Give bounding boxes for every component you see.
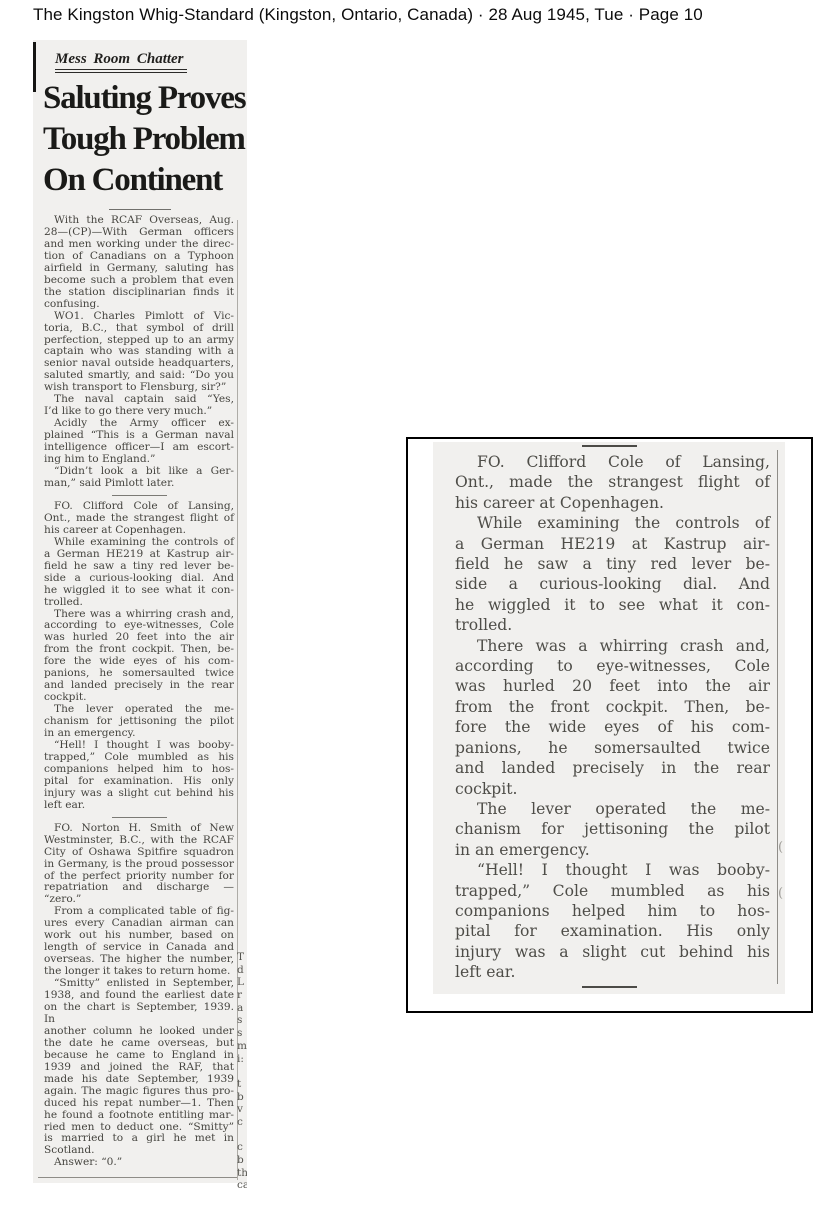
article-body: With the RCAF Overseas, Aug.28—(CP)—With… — [44, 215, 234, 1169]
text-line: a German HE219 at Kastrup air- — [44, 549, 234, 561]
text-line: field he saw a tiny red lever be- — [44, 561, 234, 573]
text-line: injury was a slight cut behind his — [455, 942, 770, 962]
text-line: Answer: “0.” — [44, 1157, 234, 1169]
zoom-article-body: FO. Clifford Cole of Lansing,Ont., made … — [455, 452, 770, 983]
section-divider — [582, 445, 637, 447]
section-divider — [112, 817, 167, 818]
column-fragment-text: th — [237, 1167, 247, 1180]
text-line: 1939 and joined the RAF, that — [44, 1062, 234, 1074]
text-line: WO1. Charles Pimlott of Vic- — [44, 311, 234, 323]
text-line: panions, he somersaulted twice — [455, 738, 770, 758]
text-line: FO. Norton H. Smith of New — [44, 823, 234, 835]
bottom-rule — [38, 1177, 238, 1178]
text-line: The lever operated the me- — [455, 799, 770, 819]
clipping-source-header: The Kingston Whig-Standard (Kingston, On… — [33, 5, 703, 25]
column-fragment-text — [237, 1129, 247, 1142]
text-line: chanism for jettisoning the pilot — [455, 819, 770, 839]
text-line: trapped,” Cole mumbled as his — [455, 881, 770, 901]
column-fragment-text: ( — [778, 840, 785, 855]
text-line: injury was a slight cut behind his — [44, 788, 234, 800]
column-fragment-text: i: — [237, 1053, 247, 1066]
column-fragment-text: v — [237, 1103, 247, 1116]
text-line: There was a whirring crash and, — [455, 636, 770, 656]
adjacent-column-fragments: TdLrassmi: tbvc cbthca — [237, 951, 247, 1192]
column-fragment-text: d — [237, 964, 247, 977]
column-fragment-text: c — [237, 1141, 247, 1154]
column-fragment-text — [237, 1065, 247, 1078]
text-line: trolled. — [455, 615, 770, 635]
column-fragment-text: c — [237, 1116, 247, 1129]
text-line: City of Oshawa Spitfire squadron — [44, 847, 234, 859]
text-line: pital for examination. His only — [455, 921, 770, 941]
text-line: “Hell! I thought I was booby- — [455, 860, 770, 880]
column-fragment-text: t — [237, 1078, 247, 1091]
text-line: was hurled 20 feet into the air — [455, 676, 770, 696]
column-fragment-text: b — [237, 1091, 247, 1104]
text-line: fore the wide eyes of his com- — [455, 717, 770, 737]
column-fragment-text: ( — [778, 886, 785, 901]
text-line: again. The magic figures thus pro- — [44, 1086, 234, 1098]
text-line: he wiggled it to see what it con- — [44, 585, 234, 597]
text-line: man,” said Pimlott later. — [44, 478, 234, 490]
text-line: and landed precisely in the rear — [455, 758, 770, 778]
text-line: While examining the controls of — [455, 513, 770, 533]
column-fragment-text: T — [237, 951, 247, 964]
text-line: become such a problem that even — [44, 275, 234, 287]
text-line: in Germany, is the proud possessor — [44, 859, 234, 871]
text-line: his career at Copenhagen. — [455, 493, 770, 513]
text-line: from the front cockpit. Then, be- — [455, 697, 770, 717]
text-line: made his date September, 1939 — [44, 1074, 234, 1086]
text-line: left ear. — [455, 962, 770, 982]
section-divider — [109, 209, 171, 210]
text-line: FO. Clifford Cole of Lansing, — [455, 452, 770, 472]
text-line: he found a footnote entitling mar- — [44, 1110, 234, 1122]
newspaper-clipping: Mess Room Chatter Saluting Proves Tough … — [33, 40, 247, 1183]
text-line: companions helped him to hos- — [455, 901, 770, 921]
text-line: left ear. — [44, 800, 234, 812]
text-line: side a curious-looking dial. And — [44, 573, 234, 585]
text-line: Ont., made the strangest flight of — [455, 472, 770, 492]
text-line: a German HE219 at Kastrup air- — [455, 534, 770, 554]
column-fragment-text: a — [237, 1002, 247, 1015]
section-divider — [582, 986, 637, 988]
text-line: the station disciplinarian finds it — [44, 287, 234, 299]
text-line: pital for examination. His only — [44, 776, 234, 788]
text-line: airfield in Germany, saluting has — [44, 263, 234, 275]
text-line: toria, B.C., that symbol of drill — [44, 323, 234, 335]
column-kicker: Mess Room Chatter — [55, 50, 187, 73]
text-line: cockpit. — [455, 779, 770, 799]
zoom-panel: FO. Clifford Cole of Lansing,Ont., made … — [406, 437, 813, 1013]
section-divider — [112, 495, 167, 496]
headline-line: On Continent — [43, 160, 247, 201]
column-fragment-text: s — [237, 1014, 247, 1027]
text-line: because he came to England in — [44, 1050, 234, 1062]
text-line: While examining the controls of — [44, 537, 234, 549]
column-fragment-text: ca — [237, 1179, 247, 1192]
column-rule — [777, 450, 779, 984]
column-fragment-text: r — [237, 989, 247, 1002]
text-line: his career at Copenhagen. — [44, 525, 234, 537]
text-line: according to eye-witnesses, Cole — [455, 656, 770, 676]
column-fragment-text: m — [237, 1040, 247, 1053]
headline-line: Saluting Proves — [43, 78, 247, 119]
text-line: confusing. — [44, 299, 234, 311]
headline-line: Tough Problem — [43, 119, 247, 160]
text-line: field he saw a tiny red lever be- — [455, 554, 770, 574]
text-line: trolled. — [44, 597, 234, 609]
text-line: duced his repat number—1. Then — [44, 1098, 234, 1110]
column-fragment-text: b — [237, 1154, 247, 1167]
text-line: in an emergency. — [455, 840, 770, 860]
column-fragment-text: s — [237, 1027, 247, 1040]
text-line: he wiggled it to see what it con- — [455, 595, 770, 615]
zoom-paper: FO. Clifford Cole of Lansing,Ont., made … — [433, 442, 785, 994]
text-line: side a curious-looking dial. And — [455, 574, 770, 594]
text-line: Westminster, B.C., with the RCAF — [44, 835, 234, 847]
text-line: on the chart is September, 1939. In — [44, 1002, 234, 1026]
scan-edge-mark — [33, 42, 36, 92]
article-headline: Saluting Proves Tough Problem On Contine… — [43, 78, 247, 201]
column-fragment-text: L — [237, 976, 247, 989]
